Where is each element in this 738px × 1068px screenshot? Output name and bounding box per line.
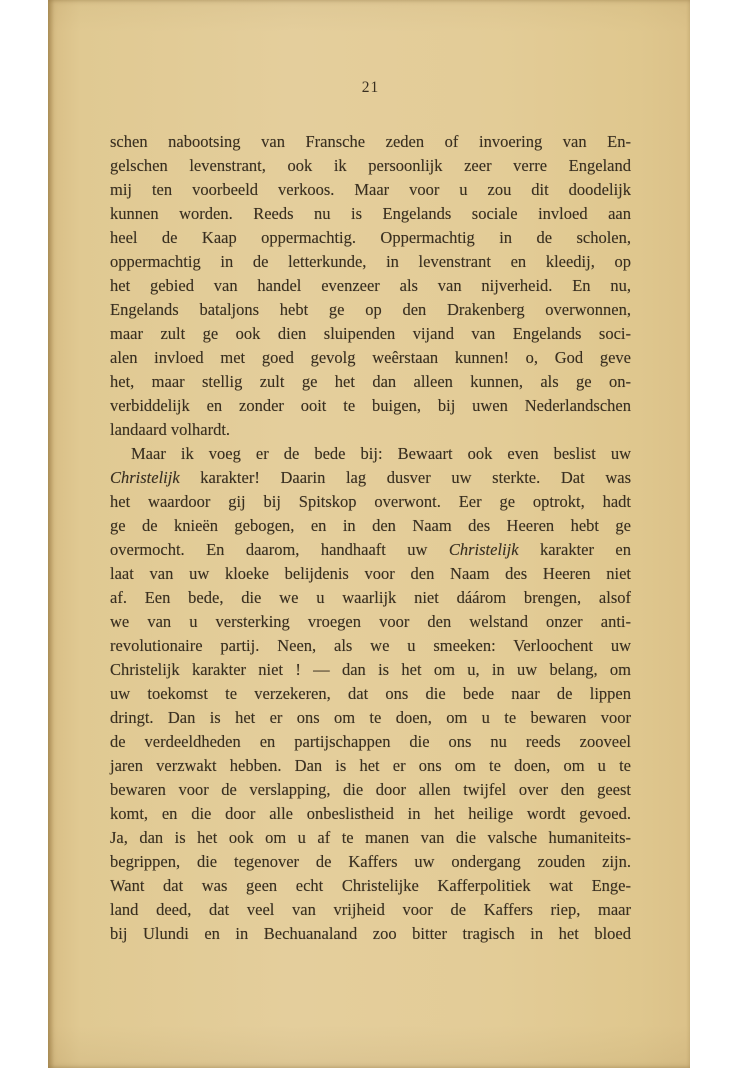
text-line: we van u versterking vroegen voor den we… [110, 610, 631, 634]
text-line: land deed, dat veel van vrijheid voor de… [110, 898, 631, 922]
text-line: Ja, dan is het ook om u af te manen van … [110, 826, 631, 850]
text-line: maar zult ge ook dien sluipenden vijand … [110, 322, 631, 346]
text-line: gelschen levenstrant, ook ik persoonlijk… [110, 154, 631, 178]
text-line: landaard volhardt. [110, 418, 631, 442]
text-line: oppermachtig in de letterkunde, in leven… [110, 250, 631, 274]
text-line: het, maar stellig zult ge het dan alleen… [110, 370, 631, 394]
text-line: laat van uw kloeke belijdenis voor den N… [110, 562, 631, 586]
text-line: het waardoor gij bij Spitskop overwont. … [110, 490, 631, 514]
text-line: alen invloed met goed gevolg weêrstaan k… [110, 346, 631, 370]
text-line: Maar ik voeg er de bede bij: Bewaart ook… [110, 442, 631, 466]
page-number: 21 [110, 79, 631, 97]
text-line: mij ten voorbeeld verkoos. Maar voor u z… [110, 178, 631, 202]
text-line: begrippen, die tegenover de Kaffers uw o… [110, 850, 631, 874]
text-line: bewaren voor de verslapping, die door al… [110, 778, 631, 802]
text-line: komt, en die door alle onbeslistheid in … [110, 802, 631, 826]
text-line: kunnen worden. Reeds nu is Engelands soc… [110, 202, 631, 226]
text-line: Engelands bataljons hebt ge op den Drake… [110, 298, 631, 322]
paragraph: Maar ik voeg er de bede bij: Bewaart ook… [110, 442, 631, 946]
text-line: schen nabootsing van Fransche zeden of i… [110, 130, 631, 154]
text-line: af. Een bede, die we u waarlijk niet dáá… [110, 586, 631, 610]
text-line: heel de Kaap oppermachtig. Oppermachtig … [110, 226, 631, 250]
text-line: bij Ulundi en in Bechuanaland zoo bitter… [110, 922, 631, 946]
text-line: overmocht. En daarom, handhaaft uw Chris… [110, 538, 631, 562]
text-line: Christelijk karakter! Daarin lag dusver … [110, 466, 631, 490]
text-line: jaren verzwakt hebben. Dan is het er ons… [110, 754, 631, 778]
text-line: dringt. Dan is het er ons om te doen, om… [110, 706, 631, 730]
text-line: revolutionaire partij. Neen, als we u sm… [110, 634, 631, 658]
text-line: het gebied van handel evenzeer als van n… [110, 274, 631, 298]
scan-backdrop: 21 schen nabootsing van Fransche zeden o… [0, 0, 738, 1068]
text-line: de verdeeldheden en partijschappen die o… [110, 730, 631, 754]
page-text-block: schen nabootsing van Fransche zeden of i… [110, 130, 631, 946]
text-line: verbiddelijk en zonder ooit te buigen, b… [110, 394, 631, 418]
book-page: 21 schen nabootsing van Fransche zeden o… [48, 0, 690, 1068]
text-line: Christelijk karakter niet ! — dan is het… [110, 658, 631, 682]
paragraph: schen nabootsing van Fransche zeden of i… [110, 130, 631, 442]
text-line: Want dat was geen echt Christelijke Kaff… [110, 874, 631, 898]
text-line: ge de knieën gebogen, en in den Naam des… [110, 514, 631, 538]
text-line: uw toekomst te verzekeren, dat ons die b… [110, 682, 631, 706]
